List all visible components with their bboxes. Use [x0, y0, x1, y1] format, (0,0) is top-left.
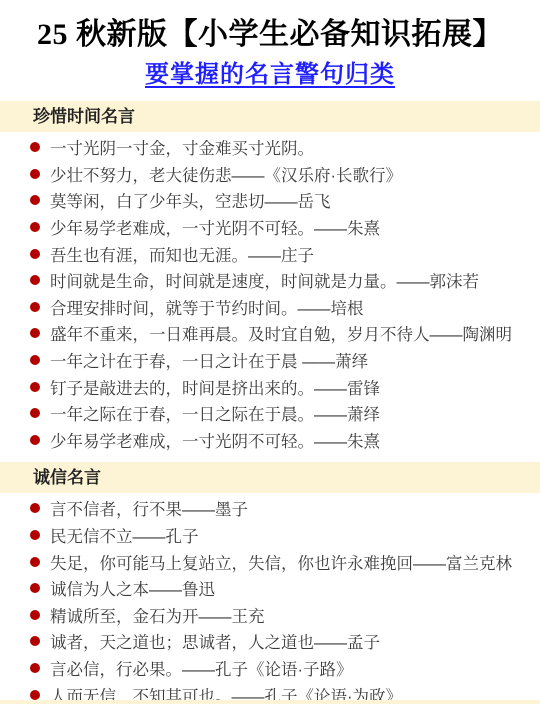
section-header-integrity: 诚信名言 — [0, 462, 540, 493]
quote-text: 少壮不努力，老大徒伤悲——《汉乐府·长歌行》 — [50, 162, 402, 186]
bullet-icon — [30, 636, 40, 646]
bullet-icon — [30, 530, 40, 540]
page-subtitle: 要掌握的名言警句归类 — [0, 58, 540, 94]
quote-text: 莫等闲，白了少年头，空悲切——岳飞 — [50, 188, 331, 212]
quote-text: 钉子是敲进去的，时间是挤出来的。——雷锋 — [50, 375, 380, 399]
bullet-icon — [30, 557, 40, 567]
bullet-icon — [30, 195, 40, 205]
bullet-icon — [30, 435, 40, 445]
quote-text: 合理安排时间，就等于节约时间。——培根 — [50, 295, 364, 319]
list-item: 言不信者，行不果——墨子 — [30, 495, 534, 522]
bullet-icon — [30, 503, 40, 513]
quote-text: 一年之际在于春，一日之际在于晨。——萧绎 — [50, 401, 380, 425]
quote-list-cherish-time: 一寸光阴一寸金，寸金难买寸光阴。 少壮不努力，老大徒伤悲——《汉乐府·长歌行》 … — [0, 132, 540, 455]
quote-text: 民无信不立——孔子 — [50, 523, 199, 547]
quote-list-integrity: 言不信者，行不果——墨子 民无信不立——孔子 失足，你可能马上复站立，失信，你也… — [0, 493, 540, 704]
list-item: 合理安排时间，就等于节约时间。——培根 — [30, 294, 534, 321]
quote-text: 言不信者，行不果——墨子 — [50, 496, 248, 520]
quote-text: 言必信，行必果。——孔子《论语·子路》 — [50, 656, 353, 680]
quote-text: 盛年不重来，一日难再晨。及时宜自勉，岁月不待人——陶渊明 — [50, 321, 512, 345]
quote-text: 诚者，天之道也；思诚者，人之道也——孟子 — [50, 629, 380, 653]
bullet-icon — [30, 382, 40, 392]
list-item: 吾生也有涯，而知也无涯。——庄子 — [30, 240, 534, 267]
bullet-icon — [30, 275, 40, 285]
list-item: 少年易学老难成，一寸光阴不可轻。——朱熹 — [30, 214, 534, 241]
bullet-icon — [30, 408, 40, 418]
bullet-icon — [30, 302, 40, 312]
page-title: 25 秋新版【小学生必备知识拓展】 — [0, 0, 540, 58]
bullet-icon — [30, 169, 40, 179]
next-section-header-partial — [0, 700, 540, 704]
list-item: 言必信，行必果。——孔子《论语·子路》 — [30, 655, 534, 682]
bullet-icon — [30, 328, 40, 338]
bullet-icon — [30, 583, 40, 593]
list-item: 失足，你可能马上复站立，失信，你也许永难挽回——富兰克林 — [30, 548, 534, 575]
list-item: 民无信不立——孔子 — [30, 522, 534, 549]
bullet-icon — [30, 249, 40, 259]
quote-text: 失足，你可能马上复站立，失信，你也许永难挽回——富兰克林 — [50, 550, 512, 574]
quote-text: 诚信为人之本——鲁迅 — [50, 576, 215, 600]
quote-text: 精诚所至，金石为开——王充 — [50, 603, 265, 627]
quote-text: 一年之计在于春，一日之计在于晨 ——萧绎 — [50, 348, 368, 372]
bullet-icon — [30, 222, 40, 232]
quote-text: 时间就是生命，时间就是速度，时间就是力量。——郭沫若 — [50, 268, 479, 292]
list-item: 一年之计在于春，一日之计在于晨 ——萧绎 — [30, 347, 534, 374]
list-item: 盛年不重来，一日难再晨。及时宜自勉，岁月不待人——陶渊明 — [30, 320, 534, 347]
list-item: 精诚所至，金石为开——王充 — [30, 602, 534, 629]
bullet-icon — [30, 355, 40, 365]
list-item: 一年之际在于春，一日之际在于晨。——萧绎 — [30, 400, 534, 427]
list-item: 一寸光阴一寸金，寸金难买寸光阴。 — [30, 134, 534, 161]
list-item: 诚者，天之道也；思诚者，人之道也——孟子 — [30, 628, 534, 655]
quote-text: 少年易学老难成，一寸光阴不可轻。——朱熹 — [50, 215, 380, 239]
quote-text: 吾生也有涯，而知也无涯。——庄子 — [50, 242, 314, 266]
quote-text: 一寸光阴一寸金，寸金难买寸光阴。 — [50, 135, 314, 159]
quote-text: 少年易学老难成，一寸光阴不可轻。——朱熹 — [50, 428, 380, 452]
list-item: 莫等闲，白了少年头，空悲切——岳飞 — [30, 187, 534, 214]
bullet-icon — [30, 690, 40, 700]
list-item: 钉子是敲进去的，时间是挤出来的。——雷锋 — [30, 373, 534, 400]
bullet-icon — [30, 663, 40, 673]
list-item: 少壮不努力，老大徒伤悲——《汉乐府·长歌行》 — [30, 161, 534, 188]
bullet-icon — [30, 142, 40, 152]
list-item: 诚信为人之本——鲁迅 — [30, 575, 534, 602]
list-item: 时间就是生命，时间就是速度，时间就是力量。——郭沫若 — [30, 267, 534, 294]
section-header-cherish-time: 珍惜时间名言 — [0, 101, 540, 132]
list-item: 少年易学老难成，一寸光阴不可轻。——朱熹 — [30, 427, 534, 454]
bullet-icon — [30, 610, 40, 620]
